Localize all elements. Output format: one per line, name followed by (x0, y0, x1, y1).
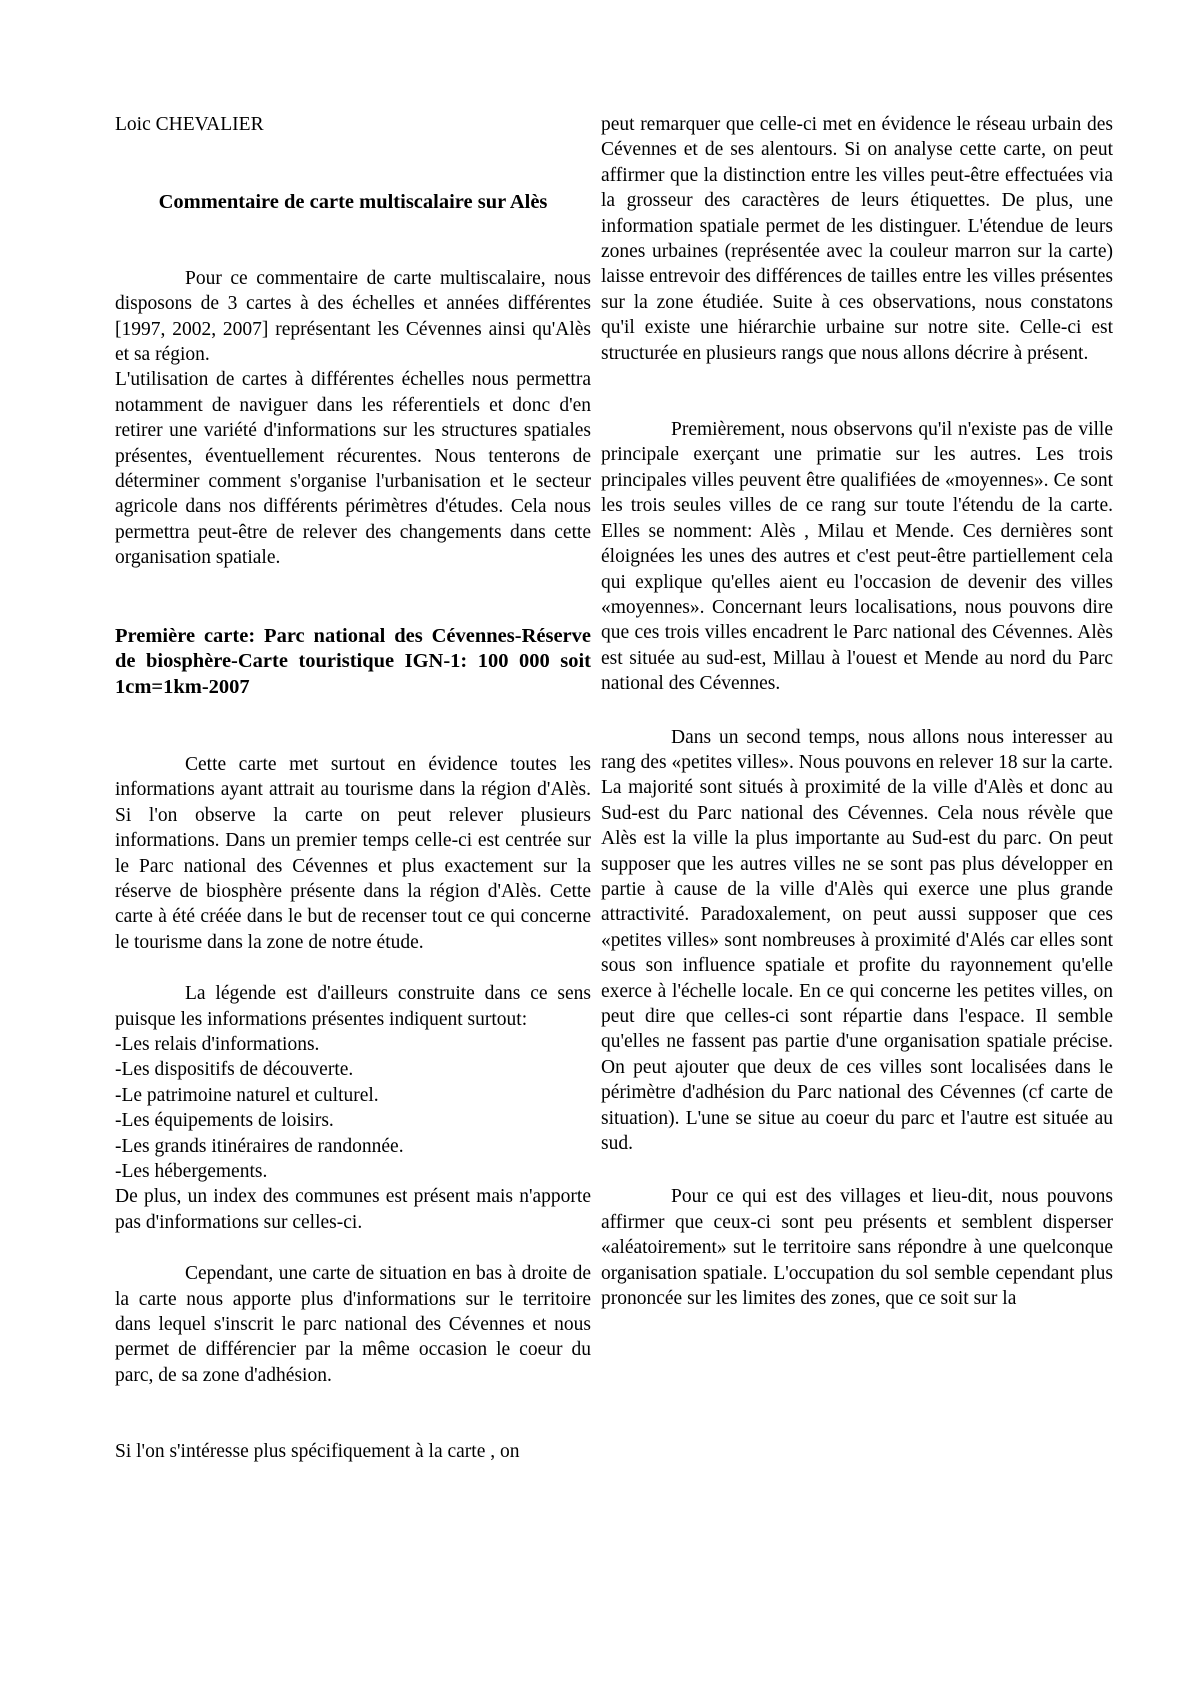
paragraph-small-towns: Dans un second temps, nous allons nous i… (601, 725, 1113, 1157)
paragraph-urban-network: peut remarquer que celle-ci met en évide… (601, 112, 1113, 366)
paragraph-intro-2: L'utilisation de cartes à différentes éc… (115, 367, 591, 570)
left-column: Loic CHEVALIER Commentaire de carte mult… (115, 112, 591, 1465)
paragraph-situation-map: Cependant, une carte de situation en bas… (115, 1261, 591, 1388)
author-line: Loic CHEVALIER (115, 112, 591, 137)
legend-list-item: -Les relais d'informations. (115, 1032, 591, 1057)
paragraph-transition-line: Si l'on s'intéresse plus spécifiquement … (115, 1439, 591, 1464)
legend-list: -Les relais d'informations. -Les disposi… (115, 1032, 591, 1184)
legend-list-item: -Les dispositifs de découverte. (115, 1057, 591, 1082)
paragraph-legend-outro: De plus, un index des communes est prése… (115, 1184, 591, 1235)
document-page: Loic CHEVALIER Commentaire de carte mult… (0, 0, 1200, 1696)
legend-list-item: -Les équipements de loisirs. (115, 1108, 591, 1133)
right-column: peut remarquer que celle-ci met en évide… (601, 112, 1113, 1311)
paragraph-intro-1: Pour ce commentaire de carte multiscalai… (115, 266, 591, 368)
legend-list-item: -Les hébergements. (115, 1159, 591, 1184)
legend-list-item: -Le patrimoine naturel et culturel. (115, 1083, 591, 1108)
paragraph-medium-towns: Premièrement, nous observons qu'il n'exi… (601, 417, 1113, 696)
legend-list-item: -Les grands itinéraires de randonnée. (115, 1134, 591, 1159)
page-title: Commentaire de carte multiscalaire sur A… (115, 190, 591, 215)
paragraph-villages: Pour ce qui est des villages et lieu-dit… (601, 1184, 1113, 1311)
paragraph-map-description: Cette carte met surtout en évidence tout… (115, 752, 591, 955)
section-heading-first-map: Première carte: Parc national des Cévenn… (115, 624, 591, 700)
paragraph-legend-intro: La légende est d'ailleurs construite dan… (115, 981, 591, 1032)
